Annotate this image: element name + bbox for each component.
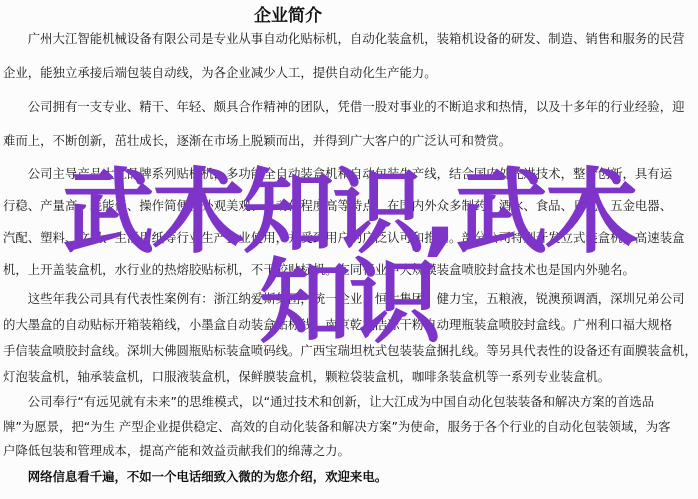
- text-line: 牌”为愿景，把“为生 产型企业提供稳定、高效的自动化装备和解决方案”为使命，服务…: [0, 415, 698, 440]
- text-line: 的大墨盒的自动贴标开箱装箱线，小墨盒自动装盒贴标线，南京乾龙浩冻干粉自动理瓶装盒…: [0, 312, 698, 338]
- text-line: 公司拥有一支专业、精干、年轻、颇具合作精神的团队，凭借一股对事业的不断追求和热情…: [0, 90, 698, 124]
- text-line: 这些年我公司具有代表性案例有：浙江纳爱斯集团，统一企业，恒大集团，健力宝，五粮液…: [0, 286, 698, 312]
- text-line: 户降低包装和管理成本，提高产能和效益贡献我们的绵薄之力。: [0, 439, 698, 464]
- paragraph-4: 这些年我公司具有代表性案例有：浙江纳爱斯集团，统一企业，恒大集团，健力宝，五粮液…: [0, 286, 698, 390]
- document-title: 企业简介: [0, 0, 698, 22]
- text-line: 机，上开盖装盒机，水行业的热熔胶贴标机，不干胶贴标机。在同行业中大规模装盒喷胶封…: [0, 254, 698, 286]
- document-page: 企业简介 广州大江智能机械设备有限公司是专业从事自动化贴标机，自动化装盒机，装箱…: [0, 0, 698, 499]
- paragraph-3: 公司主导产品大江品牌系列贴标机，多功能全自动装盒机和自动包装生产线，结合国内外先…: [0, 158, 698, 286]
- text-line: 行稳、产量高、耗能低、操作简便、外观美观、自动化程度高等特点，在国内外众多制药、…: [0, 190, 698, 222]
- document-body: 广州大江智能机械设备有限公司是专业从事自动化贴标机，自动化装盒机，装箱机设备的研…: [0, 22, 698, 489]
- text-line: 灯泡装盒机，轴承装盒机，口服液装盒机，保鲜膜装盒机，颗粒袋装盒机，咖啡条装盒机等…: [0, 364, 698, 390]
- paragraph-6: 网络信息看千遍，不如一个电话细致入微的为您介绍，欢迎来电。: [0, 464, 698, 489]
- paragraph-2: 公司拥有一支专业、精干、年轻、颇具合作精神的团队，凭借一股对事业的不断追求和热情…: [0, 90, 698, 158]
- paragraph-1: 广州大江智能机械设备有限公司是专业从事自动化贴标机，自动化装盒机，装箱机设备的研…: [0, 22, 698, 90]
- text-line: 公司奉行“有远见就有未来”的思维模式，以“通过技术和创新，让大江成为中国自动化包…: [0, 390, 698, 415]
- text-line: 汽配、塑料、文娱、生活用纸等行业生产企业使用，并受到用户的广泛认可和推崇。部分公…: [0, 222, 698, 254]
- text-line: 广州大江智能机械设备有限公司是专业从事自动化贴标机，自动化装盒机，装箱机设备的研…: [0, 22, 698, 56]
- text-line: 企业，能独立承接后端包装自动线，为各企业减少人工，提供自动化生产能力。: [0, 56, 698, 90]
- text-line: 手信装盒喷胶封盒线。深圳大佛圆瓶贴标装盒喷码线。广西宝瑞坦枕式包装装盒捆扎线。等…: [0, 338, 698, 364]
- text-line: 难而上，不断创新，茁壮成长，逐渐在市场上脱颖而出，并得到广大客户的广泛认可和赞赏…: [0, 124, 698, 158]
- paragraph-5: 公司奉行“有远见就有未来”的思维模式，以“通过技术和创新，让大江成为中国自动化包…: [0, 390, 698, 464]
- text-line: 公司主导产品大江品牌系列贴标机，多功能全自动装盒机和自动包装生产线，结合国内外先…: [0, 158, 698, 190]
- text-line: 网络信息看千遍，不如一个电话细致入微的为您介绍，欢迎来电。: [0, 464, 698, 489]
